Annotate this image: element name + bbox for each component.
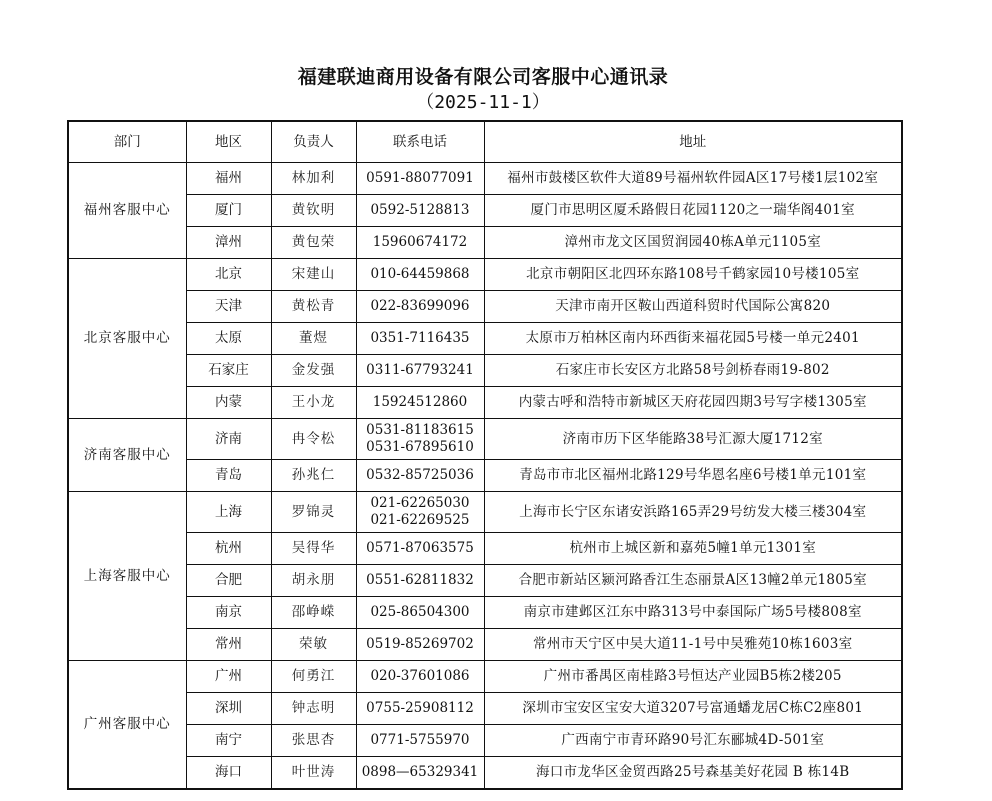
address-cell: 北京市朝阳区北四环东路108号千鹤家园10号楼105室 [484,259,902,291]
phone-cell: 15960674172 [356,227,484,259]
phone-number: 022-83699096 [357,298,484,315]
phone-number: 15924512860 [357,394,484,411]
address-cell: 杭州市上城区新和嘉苑5幢1单元1301室 [484,533,902,565]
region-cell: 常州 [186,629,271,661]
region-cell: 海口 [186,757,271,790]
table-row: 济南客服中心济南冉令松0531-811836150531-67895610济南市… [68,419,902,460]
header-region: 地区 [186,121,271,163]
phone-number: 0311-67793241 [357,362,484,379]
table-row: 内蒙王小龙15924512860内蒙古呼和浩特市新城区天府花园四期3号写字楼13… [68,387,902,419]
address-cell: 天津市南开区鞍山西道科贸时代国际公寓820 [484,291,902,323]
table-row: 深圳钟志明0755-25908112深圳市宝安区宝安大道3207号富通蟠龙居C栋… [68,693,902,725]
region-cell: 石家庄 [186,355,271,387]
table-row: 天津黄松青022-83699096天津市南开区鞍山西道科贸时代国际公寓820 [68,291,902,323]
phone-cell: 020-37601086 [356,661,484,693]
phone-number: 0571-87063575 [357,540,484,557]
address-cell: 常州市天宁区中吴大道11-1号中吴雅苑10栋1603室 [484,629,902,661]
phone-cell: 025-86504300 [356,597,484,629]
region-cell: 太原 [186,323,271,355]
person-cell: 冉令松 [271,419,356,460]
person-cell: 钟志明 [271,693,356,725]
table-row: 海口叶世涛0898—65329341海口市龙华区金贸西路25号森基美好花园 B … [68,757,902,790]
header-department: 部门 [68,121,186,163]
person-cell: 林加利 [271,163,356,195]
region-cell: 内蒙 [186,387,271,419]
department-cell: 北京客服中心 [68,259,186,419]
region-cell: 北京 [186,259,271,291]
phone-cell: 0898—65329341 [356,757,484,790]
phone-number: 0755-25908112 [357,700,484,717]
phone-cell: 021-62265030021-62269525 [356,492,484,533]
phone-cell: 022-83699096 [356,291,484,323]
phone-cell: 0592-5128813 [356,195,484,227]
address-cell: 石家庄市长安区方北路58号剑桥春雨19-802 [484,355,902,387]
region-cell: 杭州 [186,533,271,565]
phone-number: 0771-5755970 [357,732,484,749]
table-row: 厦门黄钦明0592-5128813厦门市思明区厦禾路假日花园1120之一瑞华阁4… [68,195,902,227]
phone-cell: 0551-62811832 [356,565,484,597]
document-date: （2025-11-1） [0,88,966,114]
person-cell: 何勇江 [271,661,356,693]
address-cell: 青岛市市北区福州北路129号华恩名座6号楼1单元101室 [484,460,902,492]
table-row: 石家庄金发强0311-67793241石家庄市长安区方北路58号剑桥春雨19-8… [68,355,902,387]
table-row: 漳州黄包荣15960674172漳州市龙文区国贸润园40栋A单元1105室 [68,227,902,259]
header-phone: 联系电话 [356,121,484,163]
region-cell: 青岛 [186,460,271,492]
person-cell: 吴得华 [271,533,356,565]
department-cell: 济南客服中心 [68,419,186,492]
person-cell: 金发强 [271,355,356,387]
table-row: 广州客服中心广州何勇江020-37601086广州市番禺区南桂路3号恒达产业园B… [68,661,902,693]
table-row: 常州荣敏0519-85269702常州市天宁区中吴大道11-1号中吴雅苑10栋1… [68,629,902,661]
phone-cell: 010-64459868 [356,259,484,291]
person-cell: 黄包荣 [271,227,356,259]
phone-number: 0531-67895610 [357,439,484,456]
table-row: 北京客服中心北京宋建山010-64459868北京市朝阳区北四环东路108号千鹤… [68,259,902,291]
table-body: 福州客服中心福州林加利0591-88077091福州市鼓楼区软件大道89号福州软… [68,163,902,790]
phone-cell: 0531-811836150531-67895610 [356,419,484,460]
address-cell: 广州市番禺区南桂路3号恒达产业园B5栋2楼205 [484,661,902,693]
phone-cell: 0311-67793241 [356,355,484,387]
phone-number: 15960674172 [357,234,484,251]
table-row: 上海客服中心上海罗锦灵021-62265030021-62269525上海市长宁… [68,492,902,533]
table-row: 太原董煜0351-7116435太原市万柏林区南内环西街来福花园5号楼一单元24… [68,323,902,355]
phone-number: 020-37601086 [357,668,484,685]
table-row: 福州客服中心福州林加利0591-88077091福州市鼓楼区软件大道89号福州软… [68,163,902,195]
address-cell: 上海市长宁区东诸安浜路165弄29号纺发大楼三楼304室 [484,492,902,533]
document-title: 福建联迪商用设备有限公司客服中心通讯录 [0,62,966,89]
address-cell: 济南市历下区华能路38号汇源大厦1712室 [484,419,902,460]
person-cell: 黄松青 [271,291,356,323]
address-cell: 南京市建邺区江东中路313号中泰国际广场5号楼808室 [484,597,902,629]
region-cell: 天津 [186,291,271,323]
phone-number: 0551-62811832 [357,572,484,589]
table-row: 青岛孙兆仁0532-85725036青岛市市北区福州北路129号华恩名座6号楼1… [68,460,902,492]
phone-number: 0351-7116435 [357,330,484,347]
phone-cell: 0351-7116435 [356,323,484,355]
phone-number: 0532-85725036 [357,467,484,484]
table-row: 杭州吴得华0571-87063575杭州市上城区新和嘉苑5幢1单元1301室 [68,533,902,565]
person-cell: 胡永朋 [271,565,356,597]
department-cell: 上海客服中心 [68,492,186,661]
region-cell: 上海 [186,492,271,533]
phone-number: 010-64459868 [357,266,484,283]
address-cell: 深圳市宝安区宝安大道3207号富通蟠龙居C栋C2座801 [484,693,902,725]
phone-number: 0531-81183615 [357,422,484,439]
address-cell: 广西南宁市青环路90号汇东郦城4D-501室 [484,725,902,757]
department-cell: 福州客服中心 [68,163,186,259]
region-cell: 福州 [186,163,271,195]
person-cell: 孙兆仁 [271,460,356,492]
person-cell: 王小龙 [271,387,356,419]
region-cell: 合肥 [186,565,271,597]
person-cell: 叶世涛 [271,757,356,790]
phone-number: 021-62265030 [357,495,484,512]
person-cell: 黄钦明 [271,195,356,227]
person-cell: 荣敏 [271,629,356,661]
address-cell: 厦门市思明区厦禾路假日花园1120之一瑞华阁401室 [484,195,902,227]
address-cell: 太原市万柏林区南内环西街来福花园5号楼一单元2401 [484,323,902,355]
phone-cell: 15924512860 [356,387,484,419]
region-cell: 广州 [186,661,271,693]
phone-cell: 0591-88077091 [356,163,484,195]
region-cell: 深圳 [186,693,271,725]
phone-cell: 0532-85725036 [356,460,484,492]
contact-directory-table: 部门 地区 负责人 联系电话 地址 福州客服中心福州林加利0591-880770… [67,120,903,790]
region-cell: 南京 [186,597,271,629]
region-cell: 厦门 [186,195,271,227]
address-cell: 漳州市龙文区国贸润园40栋A单元1105室 [484,227,902,259]
phone-number: 0592-5128813 [357,202,484,219]
address-cell: 福州市鼓楼区软件大道89号福州软件园A区17号楼1层102室 [484,163,902,195]
phone-number: 0591-88077091 [357,170,484,187]
address-cell: 海口市龙华区金贸西路25号森基美好花园 B 栋14B [484,757,902,790]
table-row: 南宁张思杏0771-5755970广西南宁市青环路90号汇东郦城4D-501室 [68,725,902,757]
department-cell: 广州客服中心 [68,661,186,790]
person-cell: 邵峥嵘 [271,597,356,629]
person-cell: 宋建山 [271,259,356,291]
region-cell: 济南 [186,419,271,460]
address-cell: 内蒙古呼和浩特市新城区天府花园四期3号写字楼1305室 [484,387,902,419]
person-cell: 董煜 [271,323,356,355]
person-cell: 张思杏 [271,725,356,757]
table-row: 南京邵峥嵘025-86504300南京市建邺区江东中路313号中泰国际广场5号楼… [68,597,902,629]
phone-number: 025-86504300 [357,604,484,621]
phone-cell: 0571-87063575 [356,533,484,565]
address-cell: 合肥市新站区颍河路香江生态丽景A区13幢2单元1805室 [484,565,902,597]
person-cell: 罗锦灵 [271,492,356,533]
header-person: 负责人 [271,121,356,163]
table-row: 合肥胡永朋0551-62811832合肥市新站区颍河路香江生态丽景A区13幢2单… [68,565,902,597]
region-cell: 南宁 [186,725,271,757]
phone-number: 0898—65329341 [357,764,484,781]
phone-cell: 0519-85269702 [356,629,484,661]
phone-number: 021-62269525 [357,512,484,529]
table-header-row: 部门 地区 负责人 联系电话 地址 [68,121,902,163]
phone-number: 0519-85269702 [357,636,484,653]
phone-cell: 0755-25908112 [356,693,484,725]
phone-cell: 0771-5755970 [356,725,484,757]
header-address: 地址 [484,121,902,163]
region-cell: 漳州 [186,227,271,259]
